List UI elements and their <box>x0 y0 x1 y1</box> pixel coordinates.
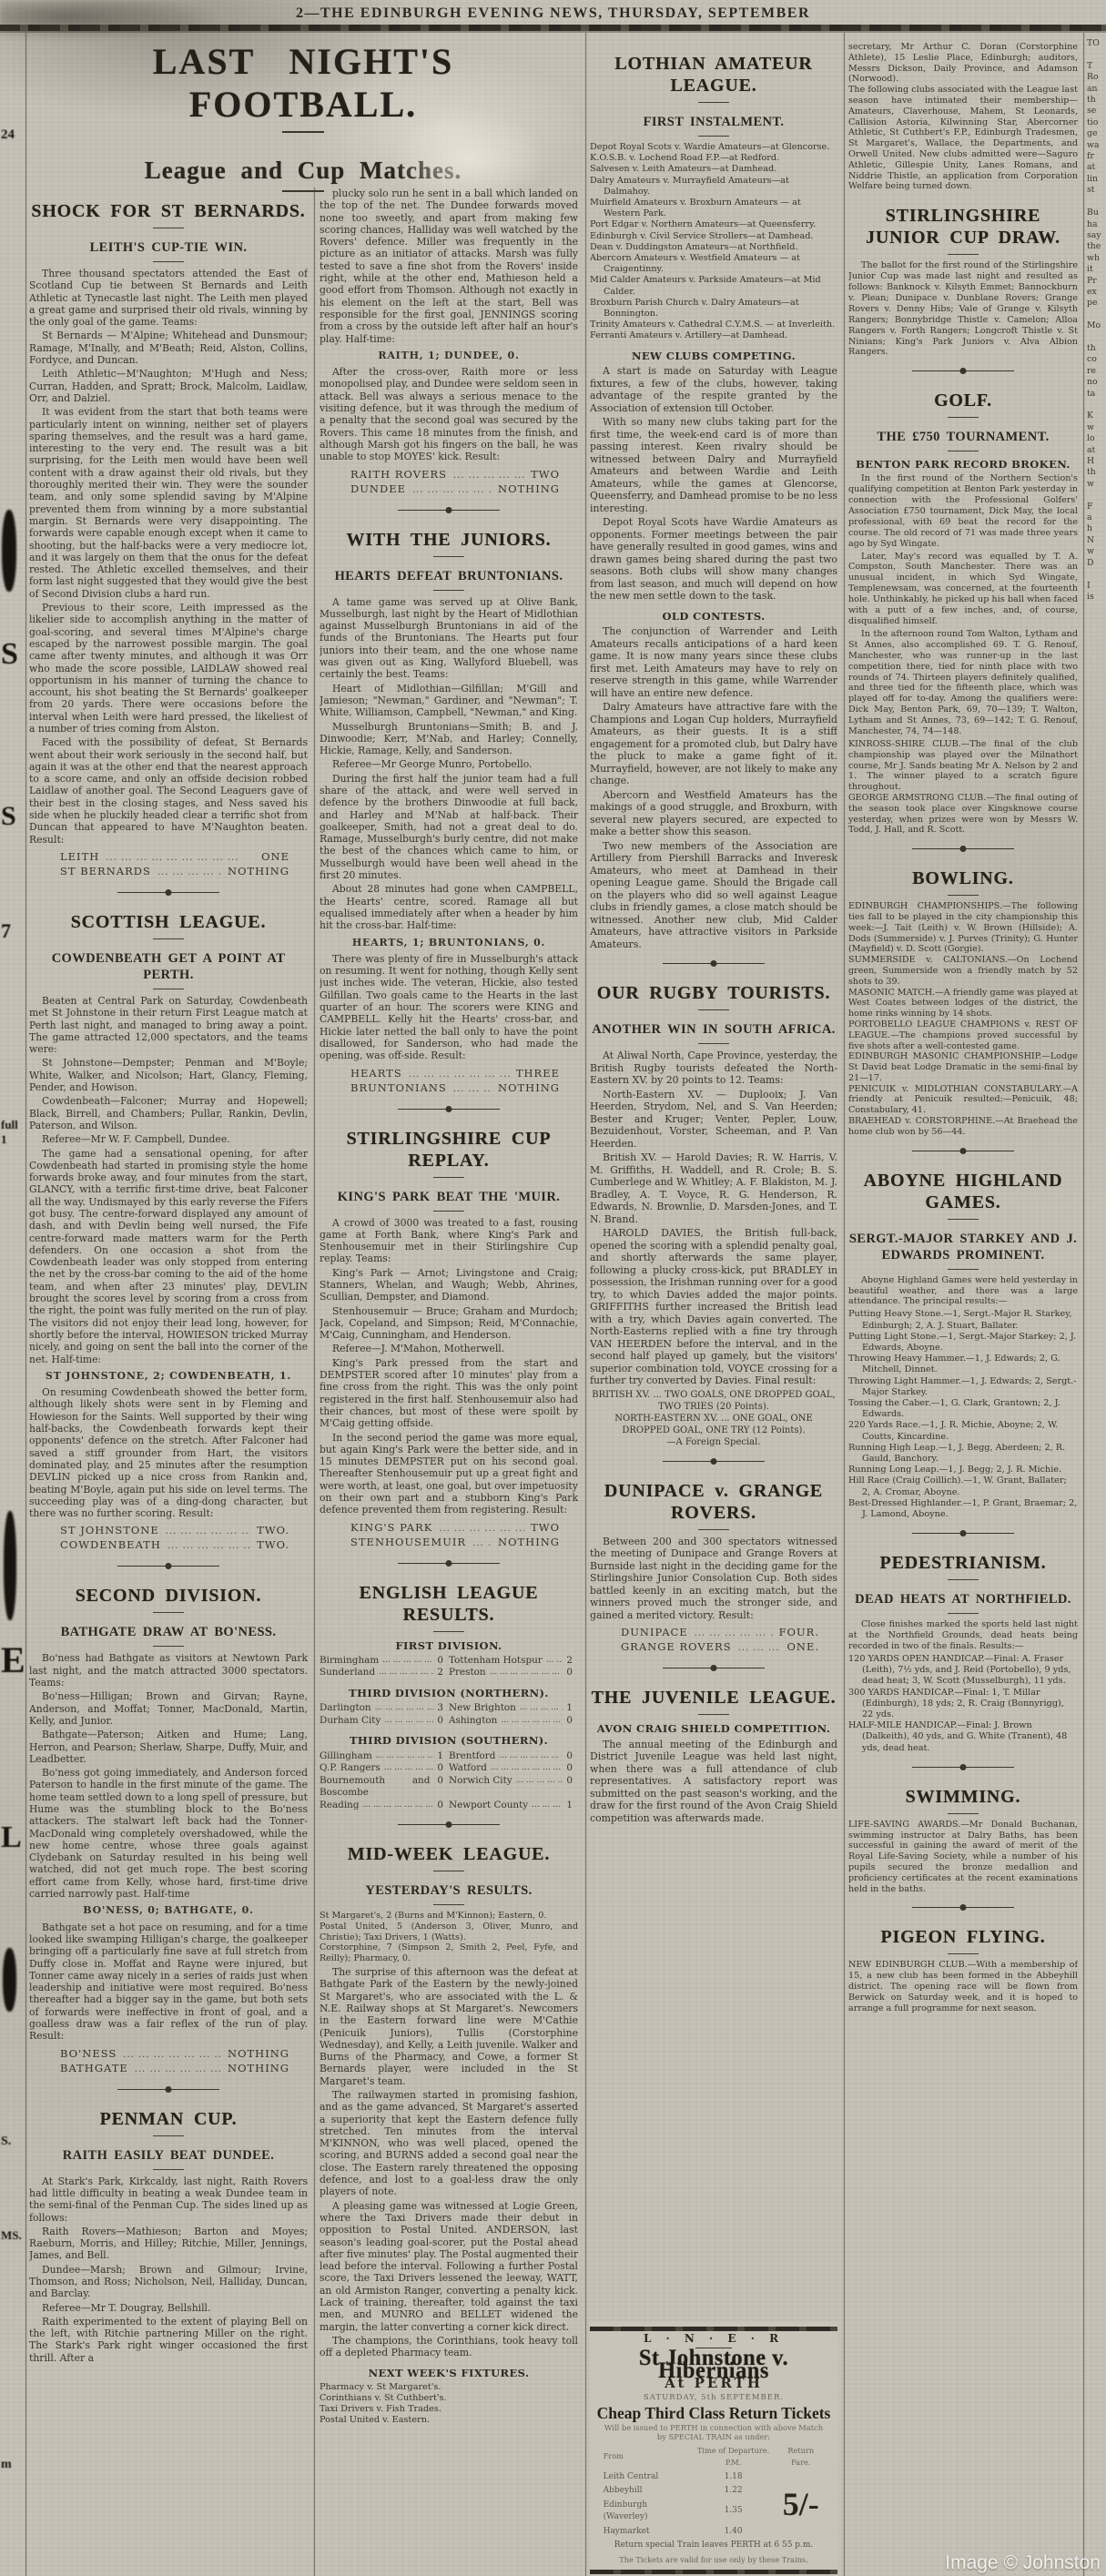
article-paragraph: plucky solo run he sent in a ball which … <box>320 188 578 345</box>
crosshead: THIRD DIVISION (SOUTHERN). <box>320 1735 578 1747</box>
margin-mark: S <box>1 637 18 672</box>
result-score: NOTHING <box>498 482 560 496</box>
departure-time: 1.18 <box>690 2470 776 2485</box>
article-paragraph: Depot Royal Scots have Wardie Amateurs a… <box>590 516 837 603</box>
fixture-line: Throwing Light Hammer.—1, J. Edwards; 2,… <box>848 1376 1078 1398</box>
result-team: GRANGE ROVERS <box>621 1640 732 1654</box>
article-paragraph: Cowdenbeath—Falconer; Murray and Hopewel… <box>29 1095 308 1131</box>
archive-watermark: Image © Johnston <box>945 2552 1101 2574</box>
article-paragraph: With so many new clubs taking part for t… <box>590 416 837 514</box>
away-result: New Brighton... ... ... ... ... ... ... … <box>449 1702 578 1715</box>
article-paragraph: North-Eastern XV. — Duplooix; J. Van Hee… <box>590 1089 837 1151</box>
article-subhead: KING'S PARK BEAT THE 'MUIR. <box>320 1189 578 1205</box>
article-paragraph: Close finishes marked the sports held la… <box>848 1619 1078 1652</box>
result-row: DUNDEE... ... ... ... ... ... ... ... ..… <box>320 482 578 497</box>
subhead-rule <box>698 1043 729 1044</box>
result-team: LEITH <box>60 850 99 864</box>
fixture-line: 300 YARDS HANDICAP.—Final: 1, T. Millar … <box>848 1688 1078 1721</box>
halftime-scoreline: BO'NESS, 0; BATHGATE, 0. <box>29 1904 308 1916</box>
article-paragraph: Leith Athletic—M'Naughton; M'Hugh and Ne… <box>29 368 308 404</box>
article-paragraph: Referee—Mr George Munro, Portobello. <box>320 758 578 770</box>
dotted-leader: ... ... ... ... ... ... ... ... ... <box>453 469 524 482</box>
fixture-line: Pharmacy v. St Margaret's. <box>320 2382 578 2393</box>
result-row: STENHOUSEMUIR... ... ... ... ... ... ...… <box>320 1536 578 1550</box>
result-row: BRUNTONIANS... ... ... ... ... ... ... .… <box>320 1081 578 1096</box>
fixture-line: Dalry Amateurs v. Murrayfield Amateurs—a… <box>590 176 837 198</box>
dotted-leader: ... ... ... ... ... ... ... ... ... <box>695 1627 773 1640</box>
article-paragraph: In the first round of the Northern Secti… <box>848 473 1078 549</box>
fixture-line: Putting Light Stone.—1, Sergt.-Major Sta… <box>848 1332 1078 1354</box>
article-paragraph: Previous to their score, Leith impressed… <box>29 602 308 735</box>
departure-time: 1.35 <box>690 2499 776 2525</box>
result-block: RAITH ROVERS... ... ... ... ... ... ... … <box>320 468 578 497</box>
result-score: TWO <box>531 468 560 482</box>
result-score: TWO. <box>257 1524 289 1537</box>
article-paragraph: King's Park — Arnot; Livingstone and Cra… <box>320 1267 578 1303</box>
lner-advert: L · N · E · R St Johnstone v. Hibernians… <box>590 2321 837 2576</box>
fixture-line: Salvesen v. Leith Amateurs—at Damhead. <box>590 164 837 175</box>
team-name: Birmingham <box>320 1655 379 1668</box>
departure-time: 1.22 <box>690 2484 776 2499</box>
column-rule <box>585 33 586 2576</box>
margin-mark: 7 <box>1 919 11 943</box>
article-paragraph: After the cross-over, Raith more or less… <box>320 366 578 462</box>
article-paragraph: A start is made on Saturday with League … <box>590 365 837 414</box>
timetable-header-from: From <box>603 2444 690 2470</box>
dotted-leader: ... ... ... ... ... ... ... ... ... <box>384 1762 434 1775</box>
article-paragraph: Bathgate—Paterson; Aitken and Hume; Lang… <box>29 1729 308 1765</box>
team-name: Sunderland <box>320 1667 375 1679</box>
small-print-paragraph: EDINBURGH CHAMPIONSHIPS.—The following t… <box>848 901 1078 1138</box>
result-score: ONE. <box>786 1640 819 1654</box>
heading-rule <box>433 1871 464 1871</box>
heading-rule <box>948 254 979 255</box>
team-name: Preston <box>449 1667 486 1679</box>
section-heading: ABOYNE HIGHLAND GAMES. <box>848 1170 1078 1213</box>
team-score: 2 <box>437 1667 449 1679</box>
section-heading: STIRLINGSHIRE JUNIOR CUP DRAW. <box>848 205 1078 248</box>
team-name: Q.P. Rangers <box>320 1762 381 1775</box>
article-subhead: FIRST INSTALMENT. <box>590 114 837 130</box>
advert-note: Will be issued to PERTH in connection wi… <box>603 2423 825 2441</box>
margin-mark: 1 <box>1 1132 7 1147</box>
team-name: Reading <box>320 1800 360 1812</box>
result-row: KING'S PARK... ... ... ... ... ... ... .… <box>320 1521 578 1536</box>
result-score: ONE <box>261 850 289 864</box>
team-name: Norwich City <box>449 1775 512 1800</box>
article-paragraph: Stenhousemuir — Bruce; Graham and Murdoc… <box>320 1305 578 1342</box>
fixture-line: Taxi Drivers v. Fish Trades. <box>320 2404 578 2415</box>
result-pair-row: Durham City... ... ... ... ... ... ... .… <box>320 1715 578 1728</box>
team-score: 0 <box>566 1715 578 1728</box>
article-paragraph: Referee—Mr T. Dougray, Bellshill. <box>29 2302 308 2314</box>
heading-rule <box>433 1631 464 1632</box>
centered-result-line: —A Foreign Special. <box>590 1436 837 1448</box>
result-block: HEARTS... ... ... ... ... ... ... ... ..… <box>320 1067 578 1096</box>
home-result: Reading... ... ... ... ... ... ... ... .… <box>320 1800 449 1812</box>
article-paragraph: Between 200 and 300 spectators witnessed… <box>590 1536 837 1622</box>
lner-logo: L · N · E · R <box>590 2333 837 2346</box>
article-paragraph: Referee—Mr W. F. Campbell, Dundee. <box>29 1133 308 1145</box>
section-divider <box>398 1820 500 1831</box>
crosshead: OLD CONTESTS. <box>590 611 837 624</box>
section-divider <box>117 2084 219 2095</box>
result-row: LEITH... ... ... ... ... ... ... ... ...… <box>29 850 308 865</box>
away-result: Preston... ... ... ... ... ... ... ... .… <box>449 1667 578 1679</box>
fixture-line: Muirfield Amateurs v. Broxburn Amateurs … <box>590 198 837 219</box>
section-divider <box>663 1663 765 1674</box>
section-heading: WITH THE JUNIORS. <box>320 529 578 551</box>
team-name: Tottenham Hotspur <box>449 1655 543 1668</box>
result-pair-row: Birmingham... ... ... ... ... ... ... ..… <box>320 1655 578 1668</box>
section-heading: STIRLINGSHIRE CUP REPLAY. <box>320 1128 578 1171</box>
article-paragraph: A crowd of 3000 was treated to a fast, r… <box>320 1217 578 1265</box>
team-score: 0 <box>566 1667 578 1679</box>
section-heading: MID-WEEK LEAGUE. <box>320 1843 578 1865</box>
masthead-title: 2—THE EDINBURGH EVENING NEWS, THURSDAY, … <box>0 5 1106 22</box>
home-result: Darlington... ... ... ... ... ... ... ..… <box>320 1702 449 1715</box>
result-team: DUNDEE <box>350 482 406 496</box>
subhead-rule <box>153 989 184 989</box>
column-rule <box>1083 33 1084 2576</box>
team-name: Watford <box>449 1762 487 1775</box>
small-print-paragraph: St Margaret's, 2 (Burns and M'Kinnon); E… <box>320 1911 578 1964</box>
advert-rule <box>590 2570 837 2574</box>
team-score: 3 <box>437 1702 449 1715</box>
team-score: 0 <box>437 1762 449 1775</box>
home-result: Durham City... ... ... ... ... ... ... .… <box>320 1715 449 1728</box>
article-subhead: COWDENBEATH GET A POINT AT PERTH. <box>29 950 308 983</box>
away-result: Tottenham Hotspur... ... ... ... ... ...… <box>449 1655 578 1668</box>
article-paragraph: Dundee—Marsh; Brown and Gilmour; Irvine,… <box>29 2264 308 2300</box>
article-paragraph: The conjunction of Warrender and Leith A… <box>590 625 837 699</box>
fixture-line: 120 YARDS OPEN HANDICAP.—Final: A. Frase… <box>848 1654 1078 1688</box>
home-result: Sunderland... ... ... ... ... ... ... ..… <box>320 1667 449 1679</box>
article-subhead: YESTERDAY'S RESULTS. <box>320 1882 578 1899</box>
margin-mark: L <box>1 1820 22 1855</box>
result-score: NOTHING <box>228 865 289 878</box>
dotted-leader: ... ... ... ... ... ... ... ... ... <box>490 1667 563 1679</box>
heading-rule <box>433 1177 464 1178</box>
heading-rule <box>948 895 979 896</box>
article-subhead: LEITH'S CUP-TIE WIN. <box>29 239 308 256</box>
margin-mark: S. <box>1 2135 11 2149</box>
section-divider <box>398 1104 500 1115</box>
subhead-rule <box>948 451 979 451</box>
team-score: 0 <box>566 1762 578 1775</box>
dotted-leader: ... ... ... ... ... ... ... ... ... <box>546 1655 563 1668</box>
result-block: KING'S PARK... ... ... ... ... ... ... .… <box>320 1521 578 1550</box>
dotted-leader: ... ... ... ... ... ... ... ... ... <box>166 1525 250 1538</box>
article-subhead: BATHGATE DRAW AT BO'NESS. <box>29 1624 308 1640</box>
section-divider <box>912 1902 1014 1913</box>
result-team: ST BERNARDS <box>60 865 151 878</box>
section-divider <box>663 1456 765 1467</box>
team-score: 0 <box>566 1750 578 1763</box>
article-paragraph: Bo'ness got going immediately, and Ander… <box>29 1767 308 1900</box>
result-pair-row: Darlington... ... ... ... ... ... ... ..… <box>320 1702 578 1715</box>
newspaper-page: 2—THE EDINBURGH EVENING NEWS, THURSDAY, … <box>0 0 1106 2576</box>
centered-result-line: BRITISH XV. ... TWO GOALS, ONE DROPPED G… <box>590 1389 837 1413</box>
fixture-line: Putting Heavy Stone.—1, Sergt.-Major R. … <box>848 1309 1078 1331</box>
heading-rule <box>153 938 184 939</box>
article-paragraph: Heart of Midlothian—Gilfillan; M'Gill an… <box>320 683 578 719</box>
team-score: 0 <box>566 1775 578 1800</box>
home-result: Q.P. Rangers... ... ... ... ... ... ... … <box>320 1762 449 1775</box>
article-paragraph: About 28 minutes had gone when CAMPBELL,… <box>320 883 578 931</box>
team-score: 0 <box>437 1655 449 1668</box>
crosshead: AVON CRAIG SHIELD COMPETITION. <box>590 1723 837 1736</box>
crosshead: NEXT WEEK'S FIXTURES. <box>320 2368 578 2379</box>
subhead-rule <box>153 261 184 262</box>
home-result: Gillingham... ... ... ... ... ... ... ..… <box>320 1750 449 1763</box>
centered-result-line: NORTH-EASTERN XV. ... ONE GOAL, ONE DROP… <box>590 1413 837 1436</box>
result-team: STENHOUSEMUIR <box>350 1536 466 1549</box>
team-score: 0 <box>437 1715 449 1728</box>
station-name: Abbeyhill <box>603 2484 690 2499</box>
heading-rule <box>698 1714 729 1715</box>
section-heading: DUNIPACE v. GRANGE ROVERS. <box>590 1480 837 1524</box>
result-block: DUNIPACE... ... ... ... ... ... ... ... … <box>590 1626 837 1655</box>
dotted-leader: ... ... ... ... ... ... ... ... ... <box>412 483 492 497</box>
section-divider <box>663 958 765 969</box>
fixture-line: Best-Dressed Highlander.—1, P. Grant, Br… <box>848 1498 1078 1520</box>
heading-rule <box>153 2135 184 2136</box>
article-paragraph: The champions, the Corinthians, took hea… <box>320 2335 578 2359</box>
advert-rule <box>590 2327 837 2331</box>
article-paragraph: In the afternoon round Tom Walton, Lytha… <box>848 629 1078 737</box>
advert-date: SATURDAY, 5th SEPTEMBER. <box>590 2392 837 2405</box>
article-paragraph: Musselburgh Bruntonians—Smith; B. and J.… <box>320 721 578 757</box>
section-heading: SECOND DIVISION. <box>29 1585 308 1607</box>
margin-mark: 24 <box>1 127 15 143</box>
result-row: COWDENBEATH... ... ... ... ... ... ... .… <box>29 1538 308 1553</box>
away-result: Watford... ... ... ... ... ... ... ... .… <box>449 1762 578 1775</box>
section-divider <box>912 1762 1014 1773</box>
article-paragraph: In the second period the game was more e… <box>320 1432 578 1516</box>
cut-off-column: TO T Ro an th se tio ge wa fr at lin st … <box>1087 38 1106 2576</box>
section-divider <box>912 1528 1014 1539</box>
fixture-line: Dean v. Duddingston Amateurs—at Northfie… <box>590 242 837 253</box>
dotted-leader: ... ... ... ... ... ... ... ... ... <box>532 1800 563 1812</box>
dotted-leader: ... ... ... ... ... ... ... ... ... <box>516 1775 563 1800</box>
article-paragraph: Three thousand spectators attended the E… <box>29 268 308 328</box>
fixture-line: Edinburgh v. Civil Service Strollers—at … <box>590 231 837 242</box>
margin-mark: E <box>1 1638 25 1681</box>
result-team: RAITH ROVERS <box>350 468 447 482</box>
advert-timetable: From Time of Departure. P.M. Return Fare… <box>603 2444 826 2540</box>
section-divider <box>912 844 1014 855</box>
masthead-rule <box>0 25 1106 31</box>
fixture-line: Ferranti Amateurs v. Artillery—at Damhea… <box>590 330 837 341</box>
team-score: 2 <box>566 1655 578 1668</box>
ink-blot <box>4 1511 16 1620</box>
article-paragraph: Raith Rovers—Mathieson; Barton and Moyes… <box>29 2226 308 2262</box>
result-block: LEITH... ... ... ... ... ... ... ... ...… <box>29 850 308 879</box>
advert-match-title: St Johnstone v. Hibernians <box>594 2351 832 2376</box>
result-row: BO'NESS... ... ... ... ... ... ... ... .… <box>29 2047 308 2062</box>
home-result: Bournemouth and Boscombe... ... ... ... … <box>320 1775 449 1800</box>
team-score: 0 <box>437 1800 449 1812</box>
subhead-rule <box>698 136 729 137</box>
fixture-line: Postal United v. Eastern. <box>320 2415 578 2426</box>
fixture-line: Tossing the Caber.—1, G. Clark, Grantown… <box>848 1398 1078 1420</box>
article-paragraph: Faced with the possibility of defeat, St… <box>29 736 308 846</box>
result-team: BATHGATE <box>60 2062 128 2075</box>
section-heading: OUR RUGBY TOURISTS. <box>590 982 837 1004</box>
heading-rule <box>948 1219 979 1220</box>
dotted-leader: ... ... ... ... ... ... ... ... ... <box>384 1715 433 1728</box>
section-divider <box>398 505 500 516</box>
advert-validity: The Tickets are valid for use only by th… <box>590 2554 837 2567</box>
section-heading: GOLF. <box>848 390 1078 411</box>
team-name: Ashington <box>449 1715 497 1728</box>
small-print-paragraph: NEW EDINBURGH CLUB.—With a membership of… <box>848 1960 1078 2013</box>
article-paragraph: The game had a sensational opening, for … <box>29 1148 308 1365</box>
team-score: 1 <box>437 1750 449 1763</box>
article-paragraph: Bo'ness had Bathgate as visitors at Newt… <box>29 1652 308 1689</box>
ink-blot <box>3 1948 16 2012</box>
result-team: ST JOHNSTONE <box>60 1524 159 1537</box>
dotted-leader: ... ... ... ... ... ... ... ... ... <box>376 1750 434 1763</box>
crosshead: FIRST DIVISION. <box>320 1640 578 1652</box>
article-paragraph: The ballot for the first round of the St… <box>848 260 1078 358</box>
article-paragraph: Two new members of the Association are A… <box>590 840 837 951</box>
section-heading: SWIMMING. <box>848 1786 1078 1808</box>
heading-rule <box>153 228 184 228</box>
dotted-leader: ... ... ... ... ... ... ... ... ... <box>439 1522 524 1536</box>
small-print-paragraph: LIFE-SAVING AWARDS.—Mr Donald Buchanan, … <box>848 1820 1078 1895</box>
article-paragraph: Dalry Amateurs have attractive fare with… <box>590 701 837 787</box>
article-paragraph: The railwaymen started in promising fash… <box>320 2089 578 2198</box>
section-heading: PIGEON FLYING. <box>848 1926 1078 1948</box>
team-name: Darlington <box>320 1702 371 1715</box>
station-name: Haymarket <box>603 2525 690 2540</box>
section-divider <box>912 366 1014 377</box>
subhead-rule <box>153 2169 184 2170</box>
article-paragraph: The annual meeting of the Edinburgh and … <box>590 1739 837 1825</box>
fixture-line: Abercorn Amateurs v. Westfield Amateurs … <box>590 253 837 275</box>
dotted-leader: ... ... ... ... ... ... ... ... ... <box>363 1800 434 1812</box>
team-score: 1 <box>566 1702 578 1715</box>
subhead-rule <box>948 1269 979 1270</box>
article-paragraph: HAROLD DAVIES, the British full-back, op… <box>590 1227 837 1387</box>
heading-rule <box>153 1612 184 1613</box>
crosshead: THIRD DIVISION (NORTHERN). <box>320 1688 578 1699</box>
dotted-leader: ... ... ... ... ... ... ... ... ... <box>491 1762 563 1775</box>
article-paragraph: St Bernards — M'Alpine; Whitehead and Du… <box>29 330 308 366</box>
section-divider <box>912 1146 1014 1157</box>
headline-rule <box>282 131 324 133</box>
section-heading: THE JUVENILE LEAGUE. <box>590 1687 837 1709</box>
result-score: TWO <box>531 1521 560 1535</box>
column-rule <box>314 188 315 2576</box>
margin-mark: S <box>1 801 16 832</box>
team-score: 0 <box>437 1775 449 1800</box>
dotted-leader: ... ... ... ... ... ... ... ... ... <box>167 1539 250 1553</box>
result-score: TWO. <box>257 1538 289 1552</box>
fixture-line: Hill Race (Craig Coillich).—1, W. Grant,… <box>848 1476 1078 1497</box>
dotted-leader: ... ... ... ... ... ... ... ... ... <box>453 1082 492 1096</box>
column-2: plucky solo run he sent in a ball which … <box>320 188 578 2576</box>
dotted-leader: ... ... ... ... ... ... ... ... ... <box>375 1702 434 1715</box>
away-result: Norwich City... ... ... ... ... ... ... … <box>449 1775 578 1800</box>
dotted-leader: ... ... ... ... ... ... ... ... ... <box>123 2048 221 2062</box>
article-paragraph: Raith experimented to the extent of play… <box>29 2316 308 2364</box>
heading-rule <box>948 1953 979 1954</box>
timetable-header-time: Time of Departure. P.M. <box>690 2444 776 2470</box>
heading-rule <box>948 1813 979 1814</box>
result-block: ST JOHNSTONE... ... ... ... ... ... ... … <box>29 1524 308 1553</box>
column-rule <box>25 33 26 2576</box>
article-paragraph: A pleasing game was witnessed at Logie G… <box>320 2200 578 2333</box>
dotted-leader: ... ... ... ... ... ... ... ... ... <box>382 1655 433 1668</box>
subhead-rule <box>433 1211 464 1212</box>
heading-rule <box>948 1579 979 1580</box>
dotted-leader: ... ... ... ... ... ... ... ... ... <box>135 2063 221 2076</box>
away-result: Ashington... ... ... ... ... ... ... ...… <box>449 1715 578 1728</box>
article-paragraph: A tame game was served up at Olive Bank,… <box>320 596 578 681</box>
article-paragraph: Referee—J. M'Mahon, Motherwell. <box>320 1343 578 1354</box>
team-score: 1 <box>566 1800 578 1812</box>
section-heading: PEDESTRIANISM. <box>848 1552 1078 1574</box>
result-score: NOTHING <box>498 1536 560 1549</box>
result-team: BRUNTONIANS <box>350 1081 447 1095</box>
column-1: SHOCK FOR ST BERNARDS.LEITH'S CUP-TIE WI… <box>29 188 308 2576</box>
result-row: RAITH ROVERS... ... ... ... ... ... ... … <box>320 468 578 482</box>
article-paragraph: On resuming Cowdenbeath showed the bette… <box>29 1386 308 1519</box>
section-divider <box>117 887 219 898</box>
fixture-line: Port Edgar v. Northern Amateurs—at Queen… <box>590 219 837 230</box>
result-pair-row: Gillingham... ... ... ... ... ... ... ..… <box>320 1750 578 1763</box>
halftime-scoreline: HEARTS, 1; BRUNTONIANS, 0. <box>320 937 578 948</box>
heading-rule <box>698 102 729 103</box>
result-team: KING'S PARK <box>350 1521 432 1535</box>
left-margin-bleed: 24SS7full1ELS.MS.m <box>0 0 25 2576</box>
result-team: BO'NESS <box>60 2047 117 2061</box>
return-fare: 5/- <box>776 2470 825 2540</box>
small-print-paragraph: secretary, Mr Arthur C. Doran (Corstorph… <box>848 42 1078 192</box>
advert-offer: Cheap Third Class Return Tickets <box>590 2408 837 2420</box>
fixture-line: K.O.S.B. v. Lochend Road F.P.—at Redford… <box>590 153 837 164</box>
result-team: COWDENBEATH <box>60 1538 161 1552</box>
station-name: Edinburgh (Waverley) <box>603 2499 690 2525</box>
dotted-leader: ... ... ... ... ... ... ... ... ... <box>106 851 255 865</box>
fixture-line: Trinity Amateurs v. Cathedral C.Y.M.S. —… <box>590 319 837 330</box>
result-block: BO'NESS... ... ... ... ... ... ... ... .… <box>29 2047 308 2076</box>
article-subhead: HEARTS DEFEAT BRUNTONIANS. <box>320 568 578 584</box>
halftime-scoreline: ST JOHNSTONE, 2; COWDENBEATH, 1. <box>29 1370 308 1382</box>
article-paragraph: Bathgate set a hot pace on resuming, and… <box>29 1922 308 2043</box>
team-name: Bournemouth and Boscombe <box>320 1775 430 1800</box>
fixture-line: Broxburn Parish Church v. Dalry Amateurs… <box>590 298 837 319</box>
result-row: DUNIPACE... ... ... ... ... ... ... ... … <box>590 1626 837 1640</box>
away-result: Newport County... ... ... ... ... ... ..… <box>449 1800 578 1812</box>
small-print-paragraph: KINROSS-SHIRE CLUB.—The final of the clu… <box>848 739 1078 836</box>
subhead-rule <box>433 590 464 591</box>
article-paragraph: Later, May's record was equalled by T. A… <box>848 552 1078 627</box>
dotted-leader: ... ... ... ... ... ... ... ... ... <box>409 1068 510 1081</box>
margin-mark: full <box>1 1118 18 1132</box>
subhead-rule <box>948 1613 979 1614</box>
article-paragraph: Bo'ness—Hilligan; Brown and Girvan; Rayn… <box>29 1690 308 1727</box>
article-subhead: THE £750 TOURNAMENT. <box>848 429 1078 445</box>
fixture-line: HALF-MILE HANDICAP.—Final: J. Brown (Dal… <box>848 1720 1078 1754</box>
article-paragraph: Beaten at Central Park on Saturday, Cowd… <box>29 995 308 1055</box>
dotted-leader: ... ... ... ... ... ... ... ... ... <box>472 1536 492 1550</box>
dotted-leader: ... ... ... ... ... ... ... ... ... <box>157 866 221 879</box>
article-paragraph: Abercorn and Westfield Amateurs has the … <box>590 789 837 838</box>
